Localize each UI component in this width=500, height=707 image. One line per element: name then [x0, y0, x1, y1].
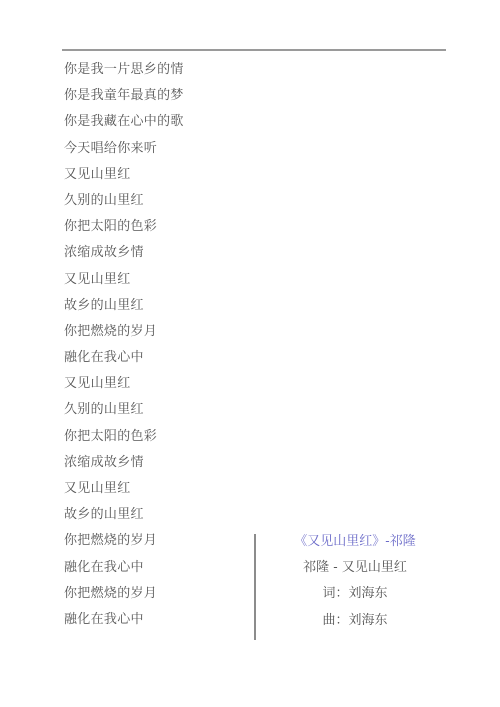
lyricist-label: 词：刘海东 — [270, 584, 440, 610]
lyric-line: 又见山里红 — [64, 479, 184, 505]
top-horizontal-rule — [62, 49, 446, 51]
lyric-line: 你是我藏在心中的歌 — [64, 112, 184, 138]
lyric-line: 浓缩成故乡情 — [64, 453, 184, 479]
lyric-line: 你把燃烧的岁月 — [64, 531, 184, 557]
lyric-line: 又见山里红 — [64, 374, 184, 400]
lyric-line: 你把燃烧的岁月 — [64, 322, 184, 348]
lyric-line: 你是我一片思乡的情 — [64, 60, 184, 86]
lyric-line: 浓缩成故乡情 — [64, 243, 184, 269]
lyric-line: 又见山里红 — [64, 270, 184, 296]
lyric-line: 融化在我心中 — [64, 558, 184, 584]
lyric-line: 你是我童年最真的梦 — [64, 86, 184, 112]
song-credits: 《又见山里红》-祁隆 祁隆 - 又见山里红 词：刘海东 曲：刘海东 — [270, 532, 440, 637]
lyric-line: 你把太阳的色彩 — [64, 427, 184, 453]
lyric-line: 你把太阳的色彩 — [64, 217, 184, 243]
lyric-line: 今天唱给你来听 — [64, 139, 184, 165]
lyric-line: 久别的山里红 — [64, 400, 184, 426]
lyric-line: 融化在我心中 — [64, 610, 184, 636]
lyric-line: 故乡的山里红 — [64, 296, 184, 322]
artist-song-label: 祁隆 - 又见山里红 — [270, 558, 440, 584]
lyric-line: 你把燃烧的岁月 — [64, 584, 184, 610]
composer-label: 曲：刘海东 — [270, 611, 440, 637]
lyric-line: 又见山里红 — [64, 165, 184, 191]
vertical-divider — [254, 534, 256, 640]
song-title-link[interactable]: 《又见山里红》-祁隆 — [270, 532, 440, 558]
lyric-line: 故乡的山里红 — [64, 505, 184, 531]
lyric-line: 久别的山里红 — [64, 191, 184, 217]
lyrics-list: 你是我一片思乡的情 你是我童年最真的梦 你是我藏在心中的歌 今天唱给你来听 又见… — [64, 60, 184, 636]
lyric-line: 融化在我心中 — [64, 348, 184, 374]
